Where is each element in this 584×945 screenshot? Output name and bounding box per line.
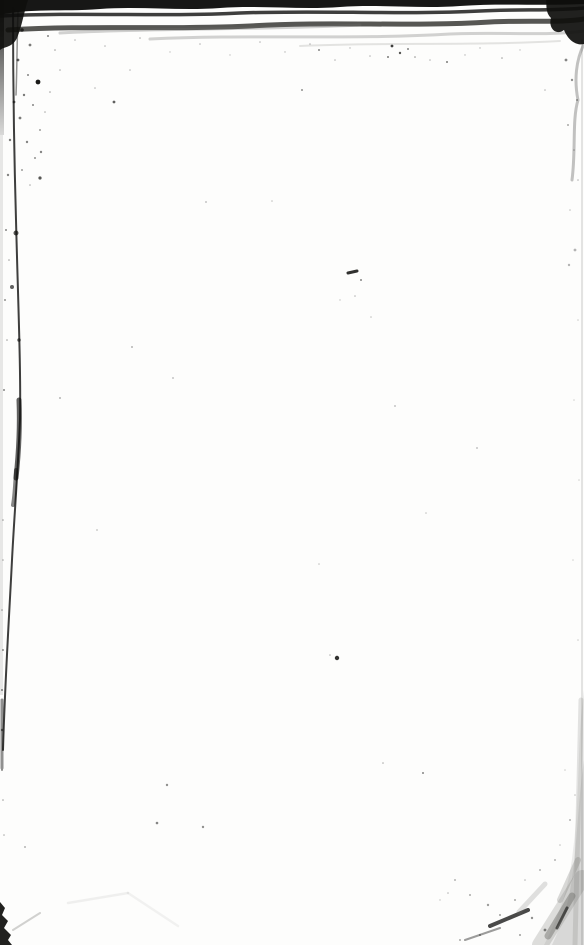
ink-speck (229, 54, 230, 55)
ink-speck (539, 869, 541, 871)
ink-speck (414, 56, 416, 58)
ink-speck (38, 176, 41, 179)
ink-speck (8, 259, 10, 261)
ink-speck (349, 47, 350, 48)
ink-speck (339, 299, 340, 300)
ink-speck (23, 94, 25, 96)
ink-speck (519, 934, 521, 936)
ink-speck (44, 111, 46, 113)
ink-speck (569, 819, 571, 821)
ink-speck (2, 519, 4, 521)
ink-speck (577, 319, 579, 321)
ink-speck (370, 316, 372, 318)
ink-speck (568, 264, 570, 266)
ink-speck (32, 104, 34, 106)
ink-speck (26, 141, 28, 143)
scanned-page (0, 0, 584, 945)
ink-speck (387, 56, 389, 58)
ink-speck (104, 45, 106, 47)
ink-speck (573, 149, 575, 151)
left-edge-strip-lower (0, 135, 3, 695)
ink-speck (447, 892, 449, 894)
ink-speck (271, 200, 273, 202)
ink-speck (574, 794, 576, 796)
ink-speck (318, 49, 320, 51)
ink-speck (47, 35, 49, 37)
ink-speck (571, 79, 573, 81)
ink-speck (172, 377, 174, 379)
ink-speck (113, 101, 116, 104)
ink-speck (156, 822, 159, 825)
ink-speck (166, 784, 168, 786)
ink-speck (49, 91, 51, 93)
ink-speck (514, 899, 516, 901)
ink-speck (394, 405, 396, 407)
ink-speck (334, 59, 336, 61)
ink-speck (40, 151, 42, 153)
ink-speck (2, 559, 4, 561)
ink-speck (459, 939, 461, 941)
ink-speck (139, 37, 141, 39)
ink-speck (1, 729, 3, 731)
ink-speck (5, 229, 7, 231)
ink-speck (96, 529, 98, 531)
ink-speck (29, 44, 32, 47)
ink-speck (487, 904, 489, 906)
left-edge-strip (0, 0, 4, 135)
ink-speck (576, 99, 578, 101)
ink-speck (454, 879, 456, 881)
ink-speck (309, 43, 311, 45)
ink-speck (565, 59, 568, 62)
ink-speck (59, 397, 61, 399)
ink-speck (24, 846, 26, 848)
ink-speck (572, 559, 574, 561)
ink-speck (2, 649, 4, 651)
ink-speck (574, 249, 577, 252)
ink-speck (476, 447, 478, 449)
ink-speck (399, 52, 401, 54)
ink-speck (34, 157, 36, 159)
ink-speck (29, 184, 31, 186)
ink-speck (501, 57, 503, 59)
ink-speck (27, 74, 29, 76)
ink-speck (544, 89, 546, 91)
ink-speck (21, 169, 23, 171)
ink-speck (369, 55, 371, 57)
ink-speck (578, 479, 580, 481)
ink-speck (544, 929, 547, 932)
ink-speck (19, 117, 22, 120)
ink-speck (74, 39, 76, 41)
ink-speck (499, 914, 501, 916)
ink-speck (439, 899, 440, 900)
ink-speck (94, 87, 96, 89)
ink-speck (6, 339, 8, 341)
ink-speck (519, 49, 520, 50)
paper-background (0, 0, 584, 945)
ink-speck (354, 295, 356, 297)
ink-speck (329, 654, 331, 656)
ink-speck (3, 389, 5, 391)
ink-speck (360, 279, 362, 281)
ink-speck (422, 772, 424, 774)
ink-speck (446, 61, 448, 63)
ink-speck (259, 41, 261, 43)
ink-speck (524, 879, 526, 881)
ink-speck (7, 174, 9, 176)
smudge-streak (348, 271, 357, 273)
ink-speck (1, 609, 3, 611)
ink-speck (318, 563, 320, 565)
ink-speck (39, 129, 41, 131)
ink-speck (10, 285, 14, 289)
ink-speck (564, 769, 566, 771)
ink-speck (13, 101, 16, 104)
ink-speck (4, 299, 6, 301)
ink-speck (429, 59, 431, 61)
ink-speck (2, 799, 4, 801)
ink-speck (335, 656, 339, 660)
ink-speck (59, 69, 61, 71)
ink-speck (3, 834, 5, 836)
ink-speck (479, 47, 480, 48)
ink-speck (131, 346, 133, 348)
ink-speck (469, 894, 471, 896)
ink-speck (301, 89, 303, 91)
ink-speck (559, 844, 561, 846)
ink-speck (1, 769, 3, 771)
ink-speck (577, 639, 579, 641)
ink-speck (17, 338, 21, 342)
ink-speck (407, 48, 409, 50)
ink-speck (17, 59, 20, 62)
ink-speck (14, 231, 19, 236)
ink-speck (554, 859, 556, 861)
ink-speck (382, 762, 384, 764)
ink-speck (569, 209, 571, 211)
ink-speck (284, 51, 285, 52)
ink-speck (54, 49, 56, 51)
ink-speck (20, 28, 24, 32)
ink-speck (36, 80, 41, 85)
ink-speck (479, 934, 481, 936)
ink-speck (9, 139, 11, 141)
ink-speck (531, 917, 533, 919)
ink-speck (1, 689, 3, 691)
ink-speck (202, 826, 204, 828)
ink-speck (425, 512, 427, 514)
ink-speck (199, 43, 201, 45)
ink-speck (577, 179, 579, 181)
ink-speck (573, 399, 575, 401)
ink-speck (169, 51, 170, 52)
ink-speck (464, 54, 465, 55)
scan-artifact-canvas (0, 0, 584, 945)
ink-speck (391, 45, 394, 48)
ink-speck (129, 69, 131, 71)
ink-speck (205, 201, 207, 203)
ink-speck (567, 124, 569, 126)
